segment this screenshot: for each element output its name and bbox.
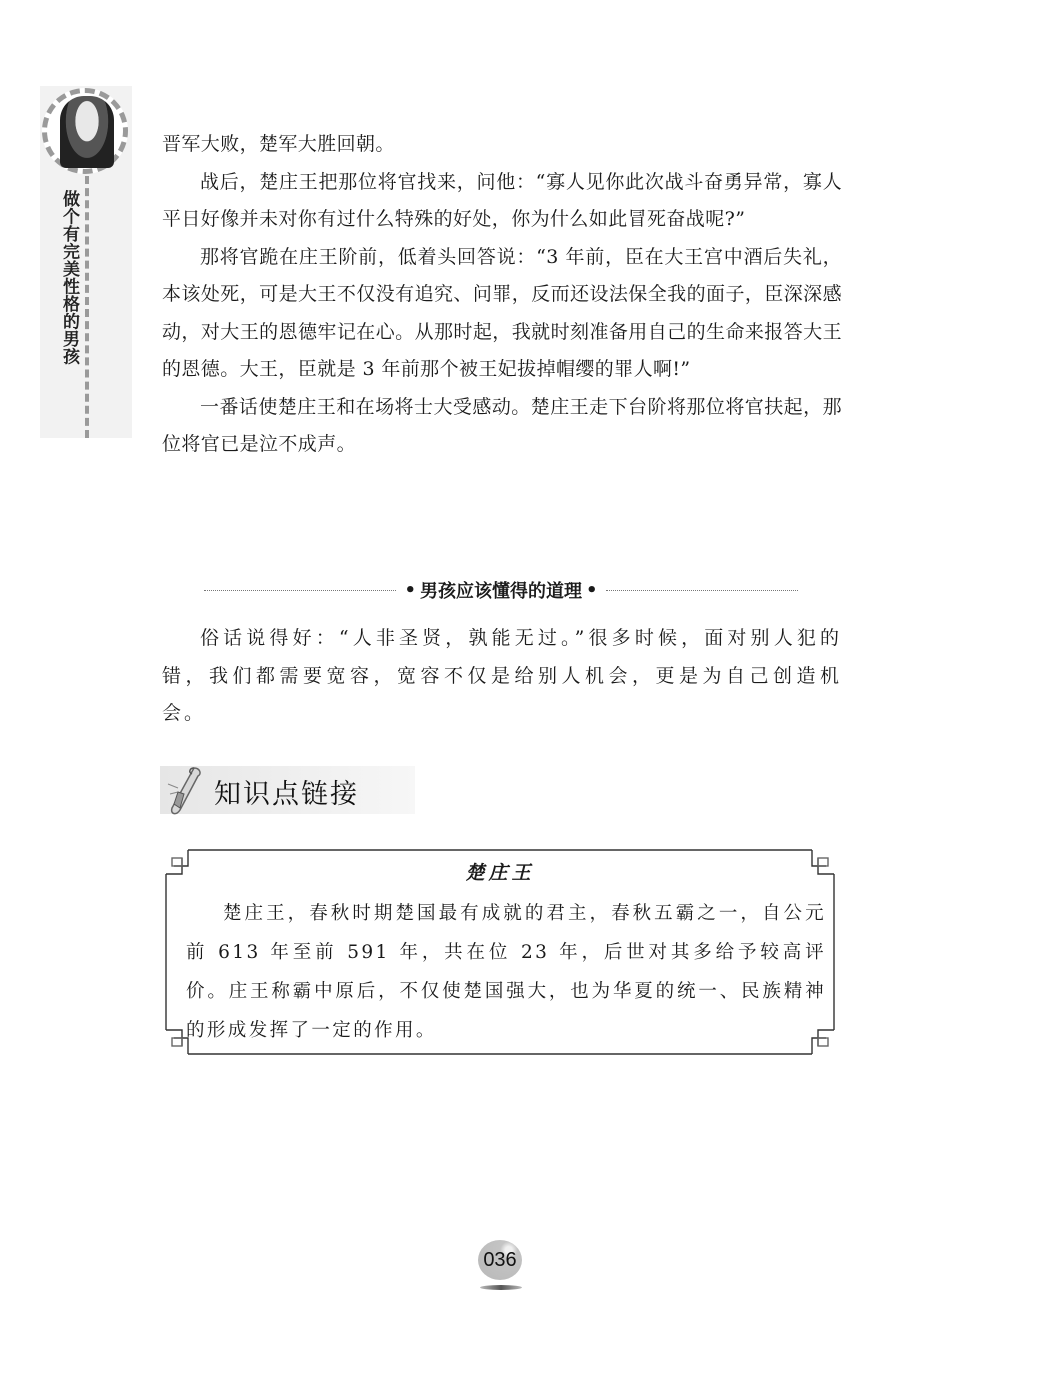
sidebar-dashed-line: [85, 176, 89, 438]
knowledge-banner-title: 知识点链接: [214, 772, 359, 811]
page-number-badge: 036: [478, 1240, 522, 1280]
dotted-rule: [204, 590, 396, 591]
info-box-title: 楚庄王: [162, 858, 838, 885]
story-paragraph: 那将官跪在庄王阶前，低着头回答说：“3 年前，臣在大王宫中酒后失礼，本该处死，可…: [162, 239, 842, 389]
bullet-dot: •: [404, 580, 416, 601]
lesson-paragraph: 俗话说得好：“人非圣贤，孰能无过。”很多时候，面对别人犯的错，我们都需要宽容，宽…: [162, 620, 842, 733]
bullet-dot: •: [586, 580, 598, 601]
lesson-heading: • 男孩应该懂得的道理 •: [200, 574, 802, 606]
dotted-rule: [606, 590, 798, 591]
story-paragraph: 战后，楚庄王把那位将官找来，问他：“寡人见你此次战斗奋勇异常，寡人平日好像并未对…: [162, 164, 842, 239]
page-badge-shadow: [480, 1285, 522, 1290]
story-paragraph: 一番话使楚庄王和在场将士大受感动。楚庄王走下台阶将那位将官扶起，那位将官已是泣不…: [162, 389, 842, 464]
story-paragraph: 晋军大败，楚军大胜回朝。: [162, 126, 842, 164]
lesson-heading-text: 男孩应该懂得的道理: [420, 577, 582, 603]
story-section: 晋军大败，楚军大胜回朝。 战后，楚庄王把那位将官找来，问他：“寡人见你此次战斗奋…: [162, 126, 842, 464]
scroll-icon: [164, 764, 204, 816]
page-number: 036: [483, 1249, 516, 1272]
lesson-section: 俗话说得好：“人非圣贤，孰能无过。”很多时候，面对别人犯的错，我们都需要宽容，宽…: [162, 620, 842, 733]
info-box-body: 楚庄王，春秋时期楚国最有成就的君主，春秋五霸之一，自公元前 613 年至前 59…: [186, 894, 826, 1050]
info-paragraph: 楚庄王，春秋时期楚国最有成就的君主，春秋五霸之一，自公元前 613 年至前 59…: [186, 894, 826, 1050]
book-title: 做个有完美性格的男孩: [54, 190, 80, 365]
boy-avatar-icon: [60, 96, 114, 168]
